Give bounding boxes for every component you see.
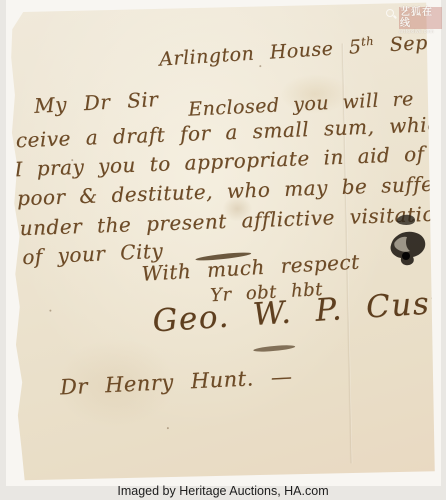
paper-speck [259,65,261,67]
dateline-superscript: th [361,34,375,49]
paper-speck [49,310,51,312]
auction-photo: Arlington House 5th Sept My Dr Sir Enclo… [0,0,446,500]
letter-addressee: Dr Henry Hunt. — [59,364,292,399]
letter-paper: Arlington House 5th Sept My Dr Sir Enclo… [8,2,437,482]
ink-blot-smudge [385,212,431,276]
signature-underline-flourish [253,344,295,353]
paper-speck [167,427,169,429]
letter-dateline: Arlington House 5th Sept [158,30,436,71]
letter-closing-respect: With much respect [141,250,360,286]
letter-salutation: My Dr Sir [33,87,158,118]
image-credit-caption: Imaged by Heritage Auctions, HA.com [0,484,446,498]
